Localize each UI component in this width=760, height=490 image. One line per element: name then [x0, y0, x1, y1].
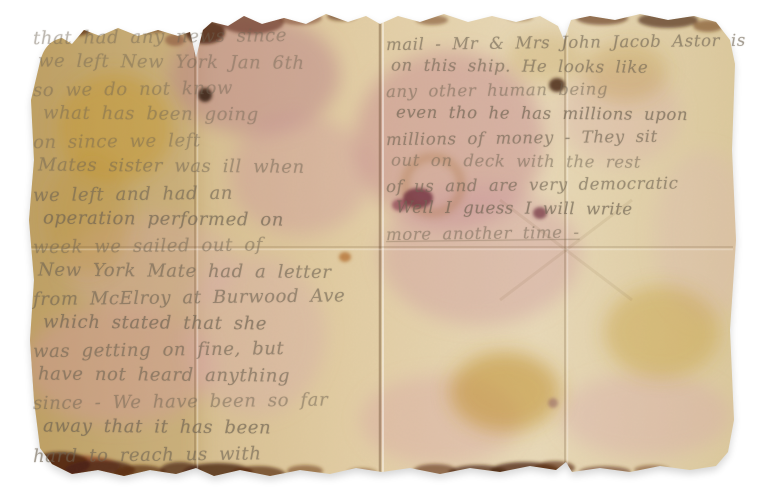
handwriting-line: which stated that she	[43, 310, 385, 339]
handwriting-line: millions of money - They sit	[386, 124, 726, 152]
handwriting-line: have not heard anything	[38, 362, 385, 391]
handwriting-line: mail - Mr & Mrs John Jacob Astor is	[386, 29, 726, 57]
handwriting-line: was getting on fine, but	[33, 335, 385, 365]
letter-right-page-text: mail - Mr & Mrs John Jacob Astor ison th…	[386, 31, 726, 244]
handwriting-line: we left New York Jan 6th	[38, 49, 385, 78]
handwriting-line: hard to reach us with	[33, 439, 385, 469]
handwriting-line: we left and had an	[33, 178, 385, 208]
handwriting-line: away that it has been	[43, 414, 385, 443]
handwriting-line: even tho he has millions upon	[396, 101, 726, 128]
handwriting-line: so we do not know	[33, 74, 385, 104]
letter-scan: that had any news sincewe left New York …	[0, 0, 760, 490]
handwriting-line: week we sailed out of	[33, 231, 385, 261]
handwriting-line: from McElroy at Burwood Ave	[33, 283, 385, 313]
handwriting-line: Mates sister was ill when	[38, 153, 385, 182]
handwriting-line: that had any news since	[33, 22, 385, 52]
handwriting-line: of us and are very democratic	[386, 171, 726, 199]
handwriting-line: operation performed on	[43, 205, 385, 234]
handwriting-line: New York Mate had a letter	[38, 257, 385, 286]
handwriting-line: Well I guess I will write	[396, 195, 726, 222]
handwriting-line: more another time -	[386, 219, 726, 247]
letter-left-page-text: that had any news sincewe left New York …	[33, 24, 385, 468]
